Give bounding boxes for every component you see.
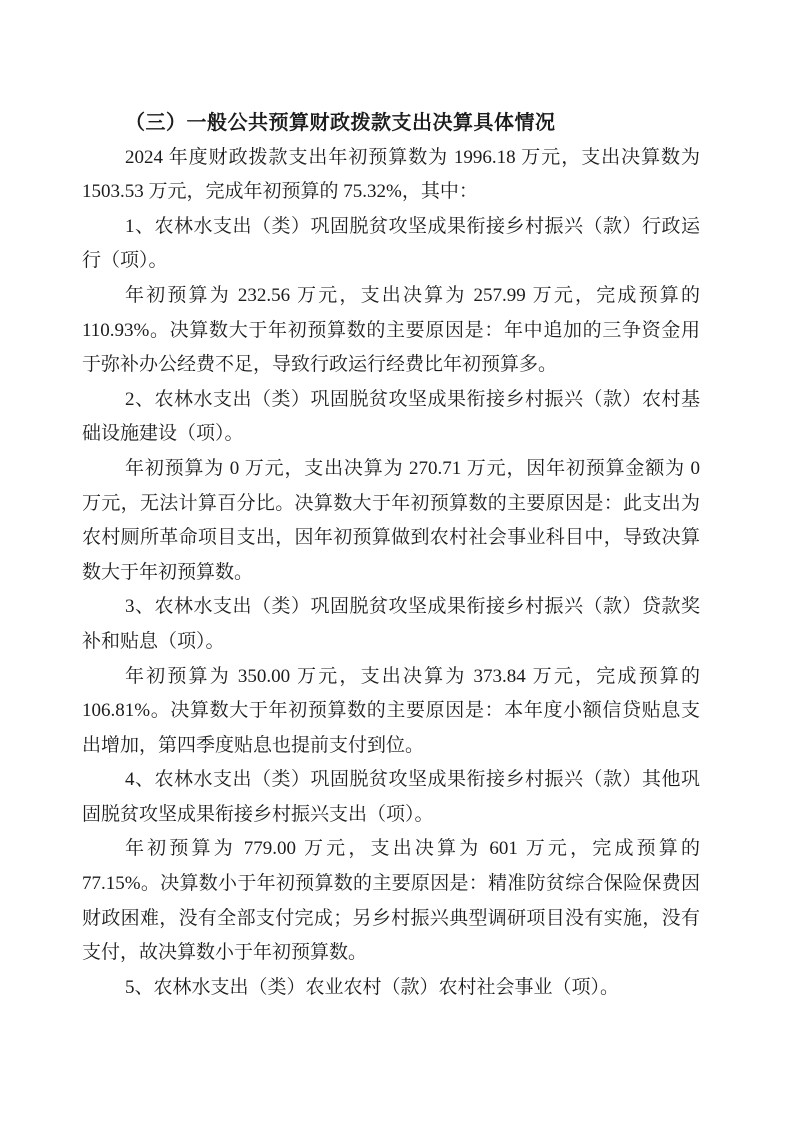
paragraph-container: 2024 年度财政拨款支出年初预算数为 1996.18 万元，支出决算数为150… [82, 141, 700, 1006]
text-line: 2024 年度财政拨款支出年初预算数为 1996.18 万元，支出决算数为 [82, 141, 700, 176]
text-line: 年初预算为 232.56 万元，支出决算为 257.99 万元，完成预算的 [82, 279, 700, 314]
text-line: 数大于年初预算数。 [82, 556, 700, 591]
paragraph: 年初预算为 232.56 万元，支出决算为 257.99 万元，完成预算的110… [82, 279, 700, 383]
text-line: 2、农林水支出（类）巩固脱贫攻坚成果衔接乡村振兴（款）农村基 [82, 383, 700, 418]
text-line: 110.93%。决算数大于年初预算数的主要原因是：年中追加的三争资金用 [82, 314, 700, 349]
text-line: 5、农林水支出（类）农业农村（款）农村社会事业（项）。 [82, 971, 700, 1006]
text-line: 固脱贫攻坚成果衔接乡村振兴支出（项）。 [82, 798, 700, 833]
text-line: 年初预算为 779.00 万元，支出决算为 601 万元，完成预算的 [82, 832, 700, 867]
text-body: （三）一般公共预算财政拨款支出决算具体情况 2024 年度财政拨款支出年初预算数… [82, 106, 700, 1005]
paragraph: 5、农林水支出（类）农业农村（款）农村社会事业（项）。 [82, 971, 700, 1006]
text-line: 万元，无法计算百分比。决算数大于年初预算数的主要原因是：此支出为 [82, 487, 700, 522]
document-page: （三）一般公共预算财政拨款支出决算具体情况 2024 年度财政拨款支出年初预算数… [0, 0, 793, 1122]
paragraph: 1、农林水支出（类）巩固脱贫攻坚成果衔接乡村振兴（款）行政运行（项）。 [82, 210, 700, 279]
paragraph: 年初预算为 0 万元，支出决算为 270.71 万元，因年初预算金额为 0万元，… [82, 452, 700, 590]
text-line: 77.15%。决算数小于年初预算数的主要原因是：精准防贫综合保险保费因 [82, 867, 700, 902]
paragraph: 年初预算为 779.00 万元，支出决算为 601 万元，完成预算的77.15%… [82, 832, 700, 970]
text-line: 3、农林水支出（类）巩固脱贫攻坚成果衔接乡村振兴（款）贷款奖 [82, 590, 700, 625]
paragraph: 年初预算为 350.00 万元，支出决算为 373.84 万元，完成预算的106… [82, 660, 700, 764]
text-line: 财政困难，没有全部支付完成；另乡村振兴典型调研项目没有实施，没有 [82, 902, 700, 937]
text-line: 4、农林水支出（类）巩固脱贫攻坚成果衔接乡村振兴（款）其他巩 [82, 763, 700, 798]
paragraph: 2、农林水支出（类）巩固脱贫攻坚成果衔接乡村振兴（款）农村基础设施建设（项）。 [82, 383, 700, 452]
text-line: 年初预算为 350.00 万元，支出决算为 373.84 万元，完成预算的 [82, 660, 700, 695]
text-line: 补和贴息（项）。 [82, 625, 700, 660]
paragraph: 2024 年度财政拨款支出年初预算数为 1996.18 万元，支出决算数为150… [82, 141, 700, 210]
section-heading: （三）一般公共预算财政拨款支出决算具体情况 [82, 106, 700, 141]
text-line: 础设施建设（项）。 [82, 417, 700, 452]
paragraph: 4、农林水支出（类）巩固脱贫攻坚成果衔接乡村振兴（款）其他巩固脱贫攻坚成果衔接乡… [82, 763, 700, 832]
text-line: 出增加，第四季度贴息也提前支付到位。 [82, 729, 700, 764]
text-line: 1、农林水支出（类）巩固脱贫攻坚成果衔接乡村振兴（款）行政运 [82, 210, 700, 245]
text-line: 106.81%。决算数大于年初预算数的主要原因是：本年度小额信贷贴息支 [82, 694, 700, 729]
text-line: 年初预算为 0 万元，支出决算为 270.71 万元，因年初预算金额为 0 [82, 452, 700, 487]
text-line: 行（项）。 [82, 244, 700, 279]
text-line: 1503.53 万元，完成年初预算的 75.32%，其中： [82, 175, 700, 210]
text-line: 农村厕所革命项目支出，因年初预算做到农村社会事业科目中，导致决算 [82, 521, 700, 556]
text-line: 于弥补办公经费不足，导致行政运行经费比年初预算多。 [82, 348, 700, 383]
paragraph: 3、农林水支出（类）巩固脱贫攻坚成果衔接乡村振兴（款）贷款奖补和贴息（项）。 [82, 590, 700, 659]
text-line: 支付，故决算数小于年初预算数。 [82, 936, 700, 971]
